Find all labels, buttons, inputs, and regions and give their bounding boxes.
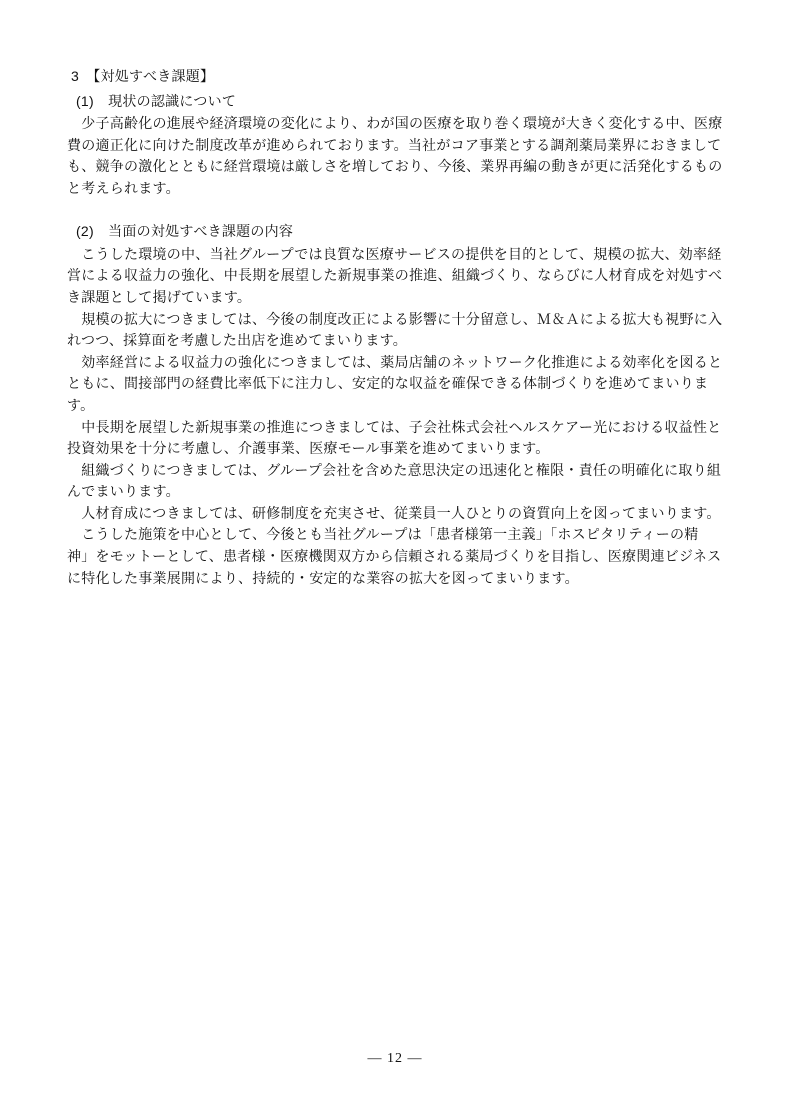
text-line: んでまいります。 — [67, 481, 727, 503]
text-line: 営による収益力の強化、中長期を展望した新規事業の推進、組織づくり、ならびに人材育… — [67, 265, 727, 287]
text-line: 少子高齢化の進展や経済環境の変化により、わが国の医療を取り巻く環境が大きく変化す… — [67, 113, 727, 135]
page-footer: — 12 — — [0, 1051, 790, 1067]
text-line: 効率経営による収益力の強化につきましては、薬局店舗のネットワーク化推進による効率… — [67, 352, 727, 374]
text-line: 組織づくりにつきましては、グループ会社を含めた意思決定の迅速化と権限・責任の明確… — [67, 460, 727, 482]
paragraph: 効率経営による収益力の強化につきましては、薬局店舗のネットワーク化推進による効率… — [67, 352, 727, 417]
text-line: す。 — [67, 395, 727, 417]
text-line: 投資効果を十分に考慮し、介護事業、医療モール事業を進めてまいります。 — [67, 438, 727, 460]
text-line: 中長期を展望した新規事業の推進につきましては、子会社株式会社ヘルスケアー光におけ… — [67, 417, 727, 439]
sections-container: (1) 現状の認識について 少子高齢化の進展や経済環境の変化により、わが国の医療… — [67, 91, 727, 590]
page-number: — 12 — — [368, 1051, 423, 1066]
paragraph: こうした環境の中、当社グループでは良質な医療サービスの提供を目的として、規模の拡… — [67, 244, 727, 309]
paragraph: 少子高齢化の進展や経済環境の変化により、わが国の医療を取り巻く環境が大きく変化す… — [67, 113, 727, 199]
text-line: に特化した事業展開により、持続的・安定的な業容の拡大を図ってまいります。 — [67, 568, 727, 590]
text-line: ともに、間接部門の経費比率低下に注力し、安定的な収益を確保できる体制づくりを進め… — [67, 373, 727, 395]
paragraph: 中長期を展望した新規事業の推進につきましては、子会社株式会社ヘルスケアー光におけ… — [67, 417, 727, 460]
document-section: (2) 当面の対処すべき課題の内容 こうした環境の中、当社グループでは良質な医療… — [67, 221, 727, 589]
text-line: こうした施策を中心として、今後とも当社グループは「患者様第一主義」「ホスピタリテ… — [67, 524, 727, 546]
document-section: (1) 現状の認識について 少子高齢化の進展や経済環境の変化により、わが国の医療… — [67, 91, 727, 200]
text-line: き課題として掲げています。 — [67, 287, 727, 309]
document-title: 3 【対処すべき課題】 — [67, 66, 727, 88]
text-line: 規模の拡大につきましては、今後の制度改正による影響に十分留意し、Ｍ＆Ａによる拡大… — [67, 309, 727, 331]
text-line: 神」をモットーとして、患者様・医療機関双方から信頼される薬局づくりを目指し、医療… — [67, 546, 727, 568]
paragraph: 規模の拡大につきましては、今後の制度改正による影響に十分留意し、Ｍ＆Ａによる拡大… — [67, 309, 727, 352]
text-line: れつつ、採算面を考慮した出店を進めてまいります。 — [67, 330, 727, 352]
text-line: も、競争の激化とともに経営環境は厳しさを増しており、今後、業界再編の動きが更に活… — [67, 156, 727, 178]
paragraph: こうした施策を中心として、今後とも当社グループは「患者様第一主義」「ホスピタリテ… — [67, 524, 727, 589]
text-line: 費の適正化に向けた制度改革が進められております。当社がコア事業とする調剤薬局業界… — [67, 135, 727, 157]
document-page: 3 【対処すべき課題】 (1) 現状の認識について 少子高齢化の進展や経済環境の… — [0, 0, 790, 1118]
text-line: 人材育成につきましては、研修制度を充実させ、従業員一人ひとりの資質向上を図ってま… — [67, 503, 727, 525]
text-line: と考えられます。 — [67, 178, 727, 200]
paragraph: 人材育成につきましては、研修制度を充実させ、従業員一人ひとりの資質向上を図ってま… — [67, 503, 727, 525]
text-line: こうした環境の中、当社グループでは良質な医療サービスの提供を目的として、規模の拡… — [67, 244, 727, 266]
subsection-heading: (2) 当面の対処すべき課題の内容 — [67, 221, 727, 243]
document-content: 3 【対処すべき課題】 (1) 現状の認識について 少子高齢化の進展や経済環境の… — [67, 66, 727, 589]
paragraph: 組織づくりにつきましては、グループ会社を含めた意思決定の迅速化と権限・責任の明確… — [67, 460, 727, 503]
subsection-heading: (1) 現状の認識について — [67, 91, 727, 113]
